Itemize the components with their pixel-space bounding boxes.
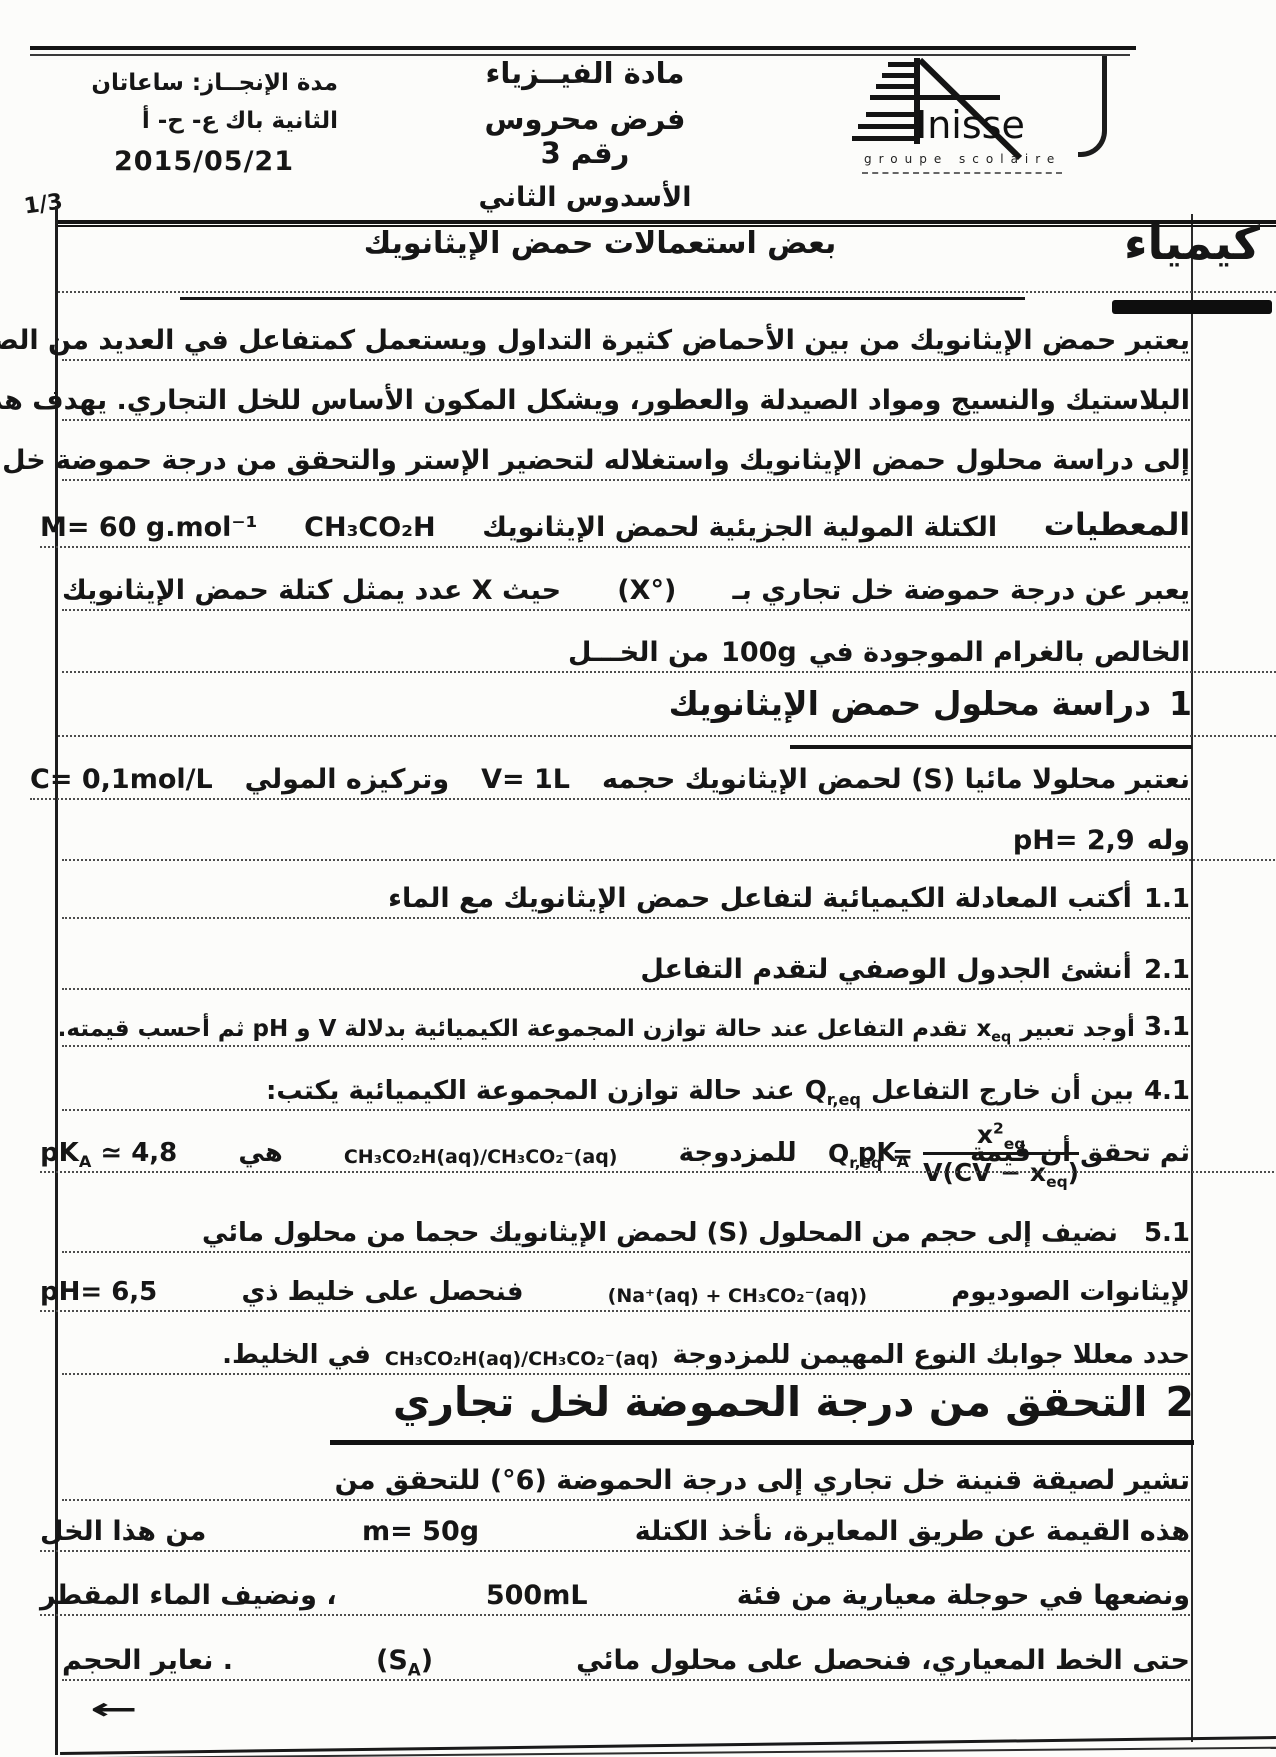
acid-base-pair: CH₃CO₂H(aq)/CH₃CO₂⁻(aq) — [344, 1146, 618, 1168]
sodium-ethanoate-line: لإيثانوات الصوديوم (Na⁺(aq) + CH₃CO₂⁻(aq… — [40, 1255, 1190, 1312]
acid-base-pair: CH₃CO₂H(aq)/CH₃CO₂⁻(aq) — [385, 1348, 659, 1370]
question-1-3: 3.1 أوجد تعبير xeq تقدم التفاعل عند حالة… — [62, 990, 1190, 1047]
acidity-definition-line-1: يعبر عن درجة حموضة خل تجاري بـ (X°) حيث … — [62, 554, 1190, 611]
ph-value: pH= 2,9 — [1013, 825, 1135, 856]
mixture-ph-value: pH= 6,5 — [40, 1277, 157, 1307]
school-logo-subtitle: groupe scolaire — [864, 152, 1061, 166]
header-top-rule — [30, 46, 1136, 50]
exam-scan-sheet: مدة الإنجــاز: ساعاتان الثانية باك ع- ح-… — [0, 0, 1276, 1757]
vinegar-mass-line: هذه القيمة عن طريق المعايرة، نأخذ الكتلة… — [40, 1495, 1190, 1552]
corner-bracket-mark — [1078, 56, 1107, 157]
semester-label: الأسدوس الثاني — [452, 182, 718, 213]
question-1-1: 1.1 أكتب المعادلة الكيميائية لتفاعل حمض … — [62, 862, 1190, 919]
acidity-definition-line-2: الخالص بالغرام الموجودة في 100g من الخــ… — [62, 616, 1276, 673]
exam-date: 2015/05/21 — [70, 146, 338, 177]
section2-number: 2 — [1165, 1378, 1194, 1426]
exam-title: فرض محروس رقم 3 — [452, 102, 718, 170]
section2-title: التحقق من درجة الحموضة لخل تجاري — [393, 1378, 1148, 1426]
dominant-species-line: حدد معللا جوابك النوع المهيمن للمزدوجة C… — [62, 1318, 1190, 1375]
question-number: 1.1 — [1144, 884, 1190, 914]
intro-line-3: إلى دراسة محلول حمض الإيثانويك واستغلاله… — [62, 424, 1190, 481]
question-1-5: 5.1 نضيف إلى حجم من المحلول (S) لحمض الإ… — [62, 1198, 1190, 1253]
solution-sa-symbol: (SA) — [376, 1645, 433, 1676]
volume-value: V= 1L — [481, 764, 570, 795]
header-center-block: مادة الفيــزياء فرض محروس رقم 3 الأسدوس … — [452, 56, 718, 213]
question-1-2: 2.1 أنشئ الجدول الوصفي لتقدم التفاعل — [62, 933, 1190, 990]
pka-value: pKA ≃ 4,8 — [40, 1138, 177, 1168]
pka-check-line: ثم تحقق أن قيمة pKA للمزدوجة CH₃CO₂H(aq)… — [40, 1116, 1276, 1173]
solution-sa-line: حتى الخط المعياري، فنحصل على محلول مائي … — [62, 1624, 1190, 1681]
class-level: الثانية باك ع- ح- أ — [70, 108, 338, 134]
chemistry-part-title: كيمياء — [1108, 216, 1276, 270]
exercise-title: بعض استعمالات حمض الإيثانويك — [150, 226, 1050, 261]
given-data-line: المعطيات الكتلة المولية الجزيئية لحمض ال… — [40, 491, 1190, 548]
subject-name: مادة الفيــزياء — [452, 56, 718, 90]
sodium-ethanoate-ions: (Na⁺(aq) + CH₃CO₂⁻(aq)) — [608, 1285, 867, 1307]
molar-mass-value: M= 60 g.mol⁻¹ — [40, 512, 257, 543]
intro-line-1: يعتبر حمض الإيثانويك من بين الأحماض كثير… — [62, 304, 1190, 361]
concentration-value: C= 0,1mol/L — [30, 764, 213, 795]
qr-symbol: Qr,eq — [805, 1076, 861, 1106]
given-data-label: المعطيات — [1044, 507, 1190, 543]
acid-formula: CH₃CO₂H — [304, 512, 435, 543]
school-logo-name: Inisse — [916, 106, 1025, 144]
ph-value-line: وله pH= 2,9 — [62, 804, 1276, 861]
question-number: 5.1 — [1144, 1218, 1190, 1248]
molar-mass-text: الكتلة المولية الجزيئية لحمض الإيثانويك — [482, 512, 997, 543]
ruled-line — [58, 735, 1276, 737]
vinegar-label-line: تشير لصيقة قنينة خل تجاري إلى درجة الحمو… — [62, 1444, 1190, 1501]
question-number: 4.1 — [1144, 1076, 1190, 1106]
school-logo: Inisse groupe scolaire — [848, 56, 1076, 182]
section2-heading: 2 التحقق من درجة الحموضة لخل تجاري — [330, 1378, 1194, 1426]
volumetric-flask-line: ونضعها في حوجلة معيارية من فئة 500mL ، و… — [40, 1559, 1190, 1616]
flask-volume-value: 500mL — [486, 1580, 588, 1611]
section1-number: 1 — [1169, 684, 1192, 723]
question-number: 2.1 — [1144, 955, 1190, 985]
pka-symbol: pKA — [858, 1138, 909, 1168]
intro-line-2: البلاستيك والنسيج ومواد الصيدلة والعطور،… — [62, 364, 1190, 421]
solution-description-line: نعتبر محلولا مائيا (S) لحمض الإيثانويك ح… — [30, 743, 1190, 800]
exam-duration: مدة الإنجــاز: ساعاتان — [70, 70, 338, 96]
left-arrow-mark: ← — [90, 1692, 138, 1727]
degree-symbol: (X°) — [617, 575, 676, 606]
mass-100g: 100g — [721, 637, 797, 668]
section1-heading: 1 دراسة محلول حمض الإيثانويك — [790, 684, 1192, 723]
section1-title: دراسة محلول حمض الإيثانويك — [669, 684, 1151, 723]
school-logo-dashed-line — [862, 172, 1062, 174]
xeq-symbol: xeq — [976, 1016, 1011, 1042]
right-margin-line — [1191, 214, 1193, 1742]
question-number: 3.1 — [1144, 1012, 1190, 1042]
question-1-4: 4.1 بين أن خارج التفاعل Qr,eq عند حالة ت… — [62, 1054, 1190, 1111]
ruled-line — [58, 291, 1276, 293]
header-left-block: مدة الإنجــاز: ساعاتان الثانية باك ع- ح-… — [70, 70, 338, 189]
vinegar-mass-value: m= 50g — [362, 1516, 479, 1547]
exercise-title-underline — [180, 297, 1025, 300]
